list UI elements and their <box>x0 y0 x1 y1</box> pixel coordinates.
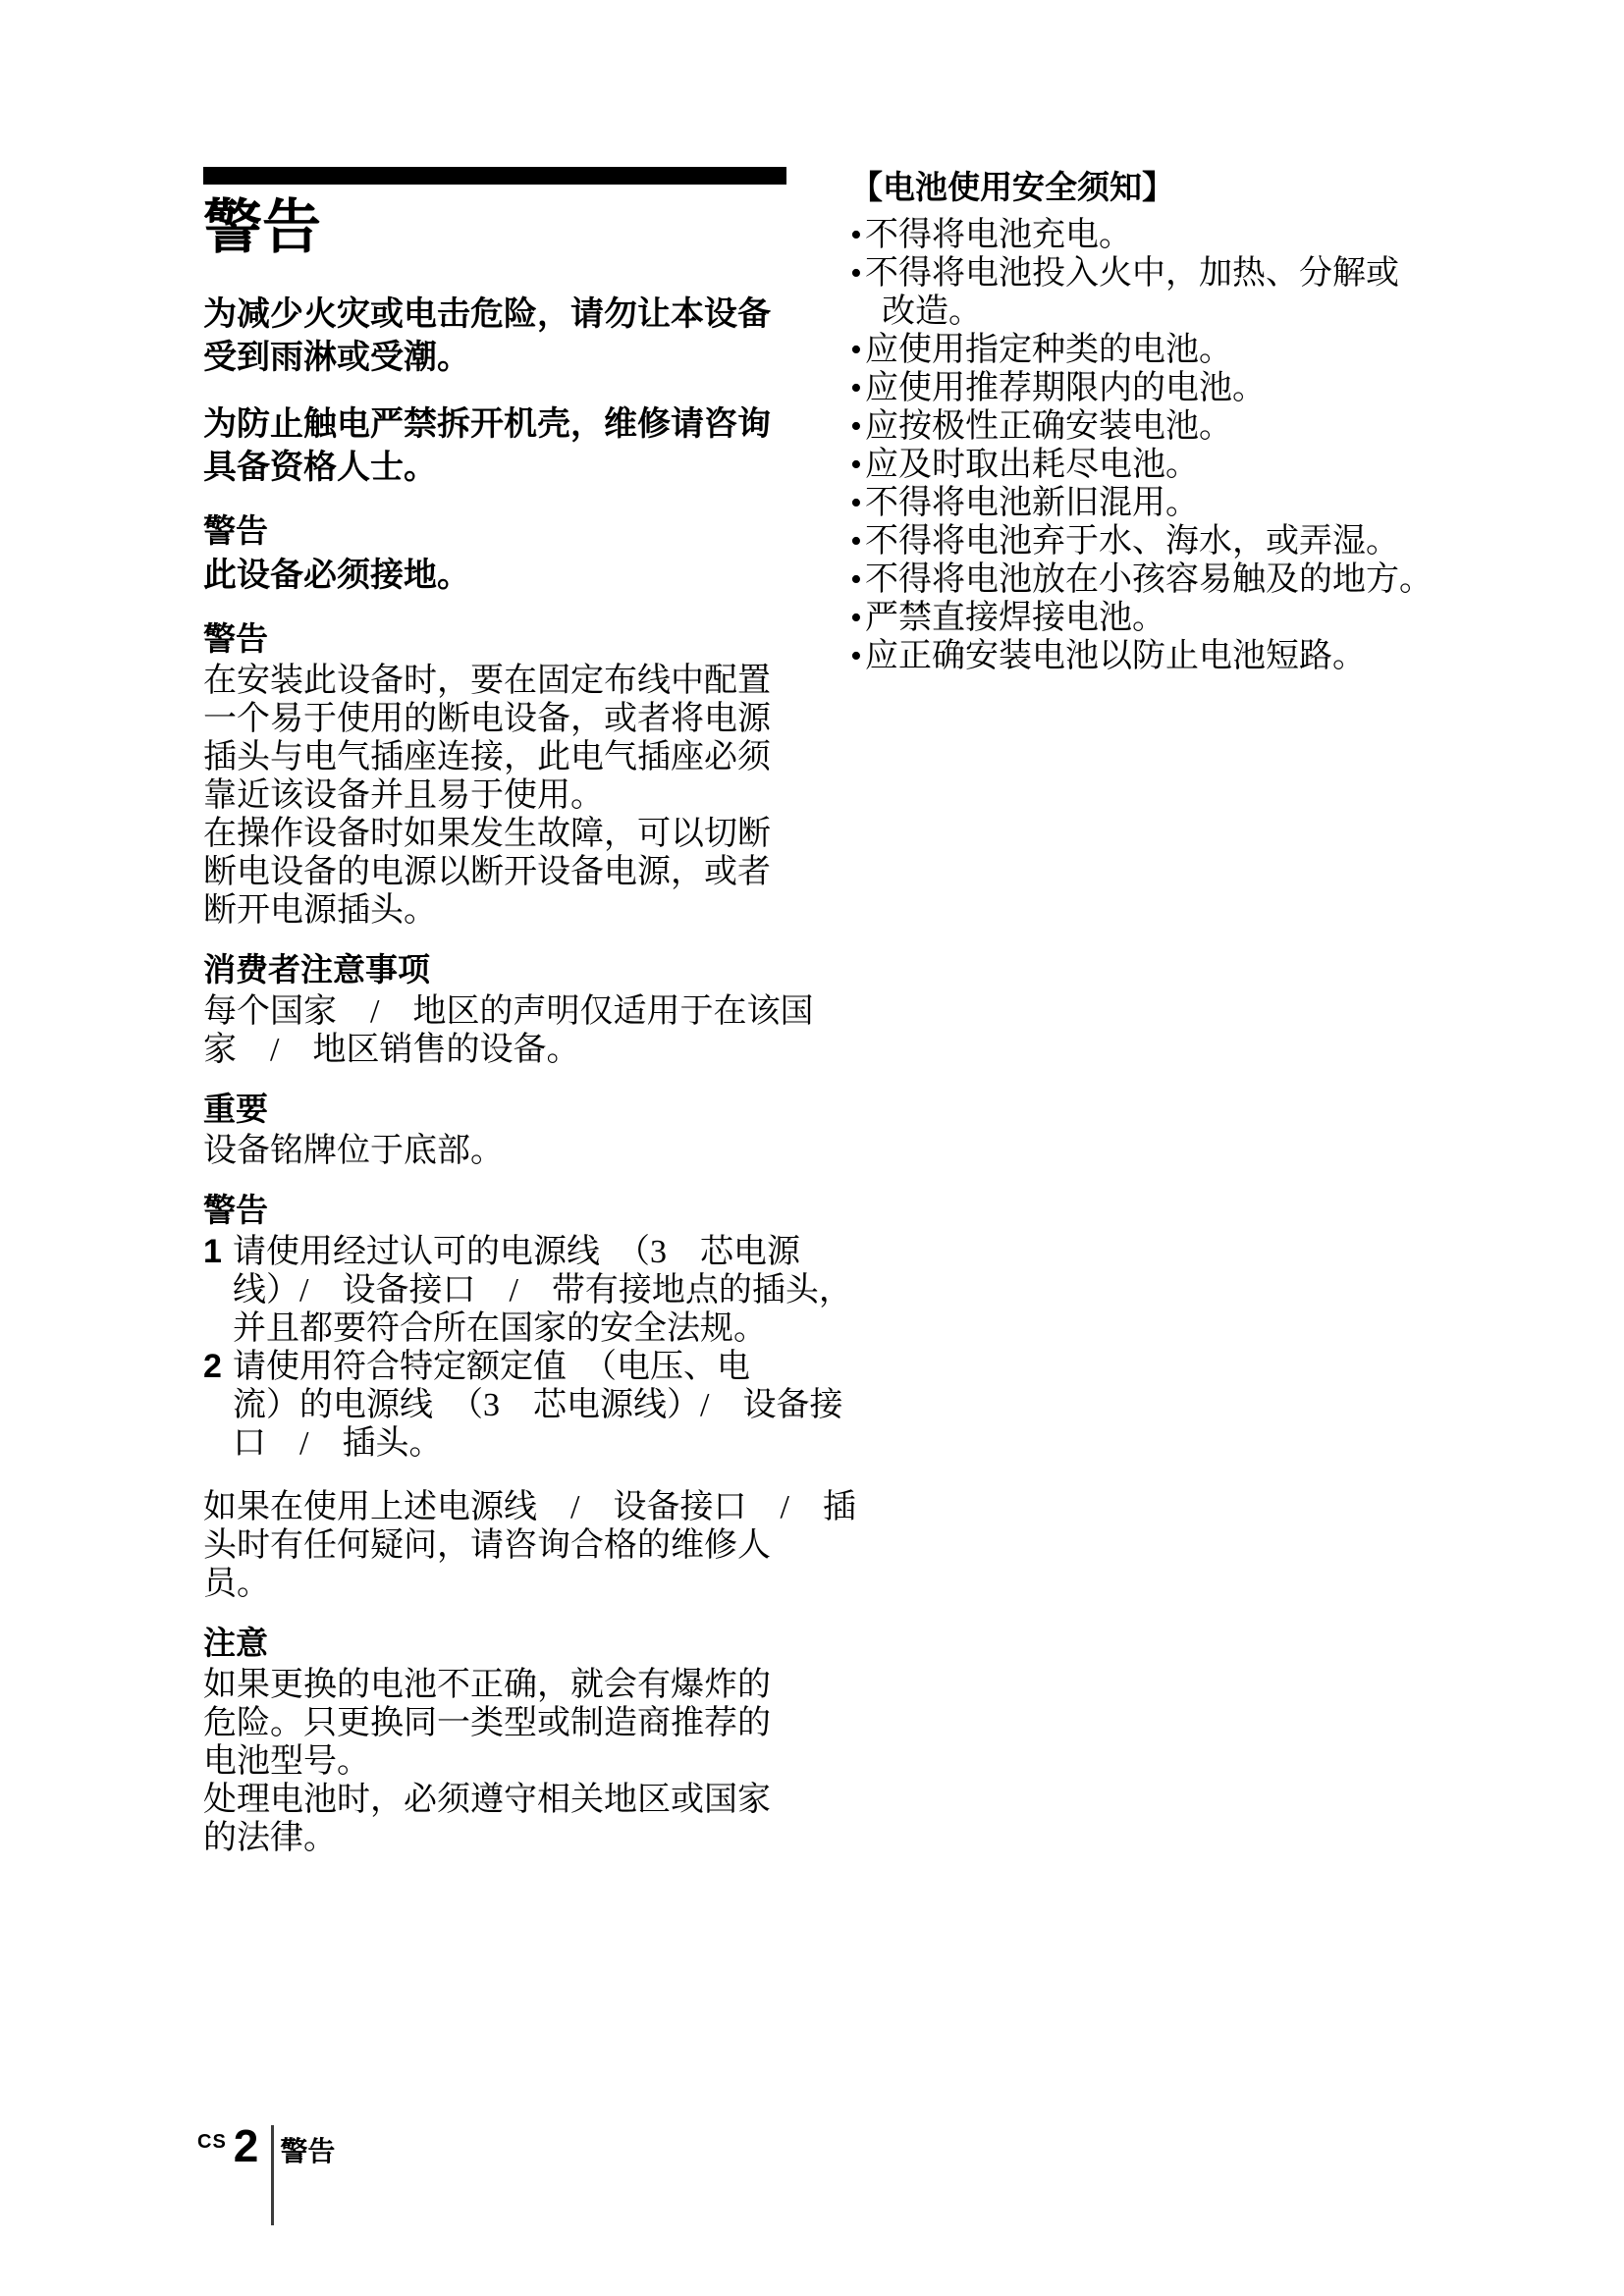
bullet-item: •不得将电池充电。 <box>850 216 1500 254</box>
bullet-text: 应按极性正确安装电池。 <box>865 407 1232 446</box>
bullet-text: 不得将电池充电。 <box>865 216 1132 254</box>
page-footer: CS 2 警告 <box>197 2123 335 2225</box>
bullet-item: •不得将电池弃于水、海水，或弄湿。 <box>850 522 1500 561</box>
bullet-item: •严禁直接焊接电池。 <box>850 599 1500 637</box>
bullet-text: 应使用指定种类的电池。 <box>865 331 1232 369</box>
bullet-marker: • <box>850 599 865 637</box>
bold-paragraph: 此设备必须接地。 <box>203 554 786 597</box>
bullet-text: 应正确安装电池以防止电池短路。 <box>865 637 1366 675</box>
bullet-text: 严禁直接焊接电池。 <box>865 599 1165 637</box>
paragraph: 设备铭牌位于底部。 <box>203 1132 786 1170</box>
bullet-marker: • <box>850 369 865 407</box>
bullet-item: •应使用推荐期限内的电池。 <box>850 369 1500 407</box>
bullet-marker: • <box>850 561 865 599</box>
section-divider-bar <box>203 167 786 185</box>
paragraph: 如果更换的电池不正确，就会有爆炸的 危险。只更换同一类型或制造商推荐的 电池型号… <box>203 1666 786 1857</box>
item-text: 请使用经过认可的电源线 （3 芯电源 线）/ 设备接口 / 带有接地点的插头， … <box>233 1233 852 1348</box>
bullet-marker: • <box>850 522 865 561</box>
bullet-text: 不得将电池投入火中，加热、分解或 改造。 <box>865 254 1399 331</box>
section-heading: 警告 <box>203 1192 786 1229</box>
bullet-item: •应按极性正确安装电池。 <box>850 407 1500 446</box>
section-heading: 注意 <box>203 1625 786 1662</box>
footer-vertical-rule <box>271 2125 274 2225</box>
section-heading: 消费者注意事项 <box>203 951 786 988</box>
bullet-item: •应正确安装电池以防止电池短路。 <box>850 637 1500 675</box>
footer-language-code: CS <box>197 2131 227 2154</box>
item-number: 2 <box>203 1348 233 1463</box>
bullet-text: 不得将电池新旧混用。 <box>865 484 1199 522</box>
left-column: 警告为减少火灾或电击危险，请勿让本设备 受到雨淋或受潮。为防止触电严禁拆开机壳，… <box>203 167 786 1879</box>
numbered-list: 1请使用经过认可的电源线 （3 芯电源 线）/ 设备接口 / 带有接地点的插头，… <box>203 1233 786 1463</box>
bold-paragraph: 为防止触电严禁拆开机壳，维修请咨询 具备资格人士。 <box>203 402 786 489</box>
section-heading: 警告 <box>203 620 786 658</box>
left-column-content: 警告为减少火灾或电击危险，请勿让本设备 受到雨淋或受潮。为防止触电严禁拆开机壳，… <box>203 196 786 1857</box>
bullet-marker: • <box>850 331 865 369</box>
bullet-marker: • <box>850 484 865 522</box>
bullet-marker: • <box>850 637 865 675</box>
bullet-item: •应使用指定种类的电池。 <box>850 331 1500 369</box>
section-heading: 警告 <box>203 512 786 550</box>
numbered-item: 1请使用经过认可的电源线 （3 芯电源 线）/ 设备接口 / 带有接地点的插头，… <box>203 1233 786 1348</box>
footer-page-number: 2 <box>234 2123 259 2168</box>
item-number: 1 <box>203 1233 233 1348</box>
bullet-marker: • <box>850 407 865 446</box>
right-column: 【电池使用安全须知】 •不得将电池充电。•不得将电池投入火中，加热、分解或 改造… <box>850 169 1500 675</box>
battery-safety-heading: 【电池使用安全须知】 <box>850 169 1500 206</box>
bullet-text: 不得将电池弃于水、海水，或弄湿。 <box>865 522 1399 561</box>
bullet-text: 应及时取出耗尽电池。 <box>865 446 1199 484</box>
section-heading: 重要 <box>203 1091 786 1128</box>
bullet-marker: • <box>850 254 865 331</box>
bullet-marker: • <box>850 446 865 484</box>
bullet-text: 应使用推荐期限内的电池。 <box>865 369 1266 407</box>
paragraph: 每个国家 / 地区的声明仅适用于在该国 家 / 地区销售的设备。 <box>203 992 786 1069</box>
battery-safety-list: •不得将电池充电。•不得将电池投入火中，加热、分解或 改造。•应使用指定种类的电… <box>850 216 1500 675</box>
item-text: 请使用符合特定额定值 （电压、电 流）的电源线 （3 芯电源线）/ 设备接 口 … <box>233 1348 842 1463</box>
page-title: 警告 <box>203 196 786 259</box>
bullet-marker: • <box>850 216 865 254</box>
footer-section-label: 警告 <box>280 2130 335 2169</box>
paragraph: 如果在使用上述电源线 / 设备接口 / 插 头时有任何疑问，请咨询合格的维修人 … <box>203 1488 786 1603</box>
bullet-item: •应及时取出耗尽电池。 <box>850 446 1500 484</box>
numbered-item: 2请使用符合特定额定值 （电压、电 流）的电源线 （3 芯电源线）/ 设备接 口… <box>203 1348 786 1463</box>
bold-paragraph: 为减少火灾或电击危险，请勿让本设备 受到雨淋或受潮。 <box>203 293 786 379</box>
bullet-item: •不得将电池投入火中，加热、分解或 改造。 <box>850 254 1500 331</box>
bullet-item: •不得将电池新旧混用。 <box>850 484 1500 522</box>
paragraph: 在安装此设备时，要在固定布线中配置 一个易于使用的断电设备，或者将电源 插头与电… <box>203 662 786 930</box>
bullet-item: •不得将电池放在小孩容易触及的地方。 <box>850 561 1500 599</box>
bullet-text: 不得将电池放在小孩容易触及的地方。 <box>865 561 1433 599</box>
